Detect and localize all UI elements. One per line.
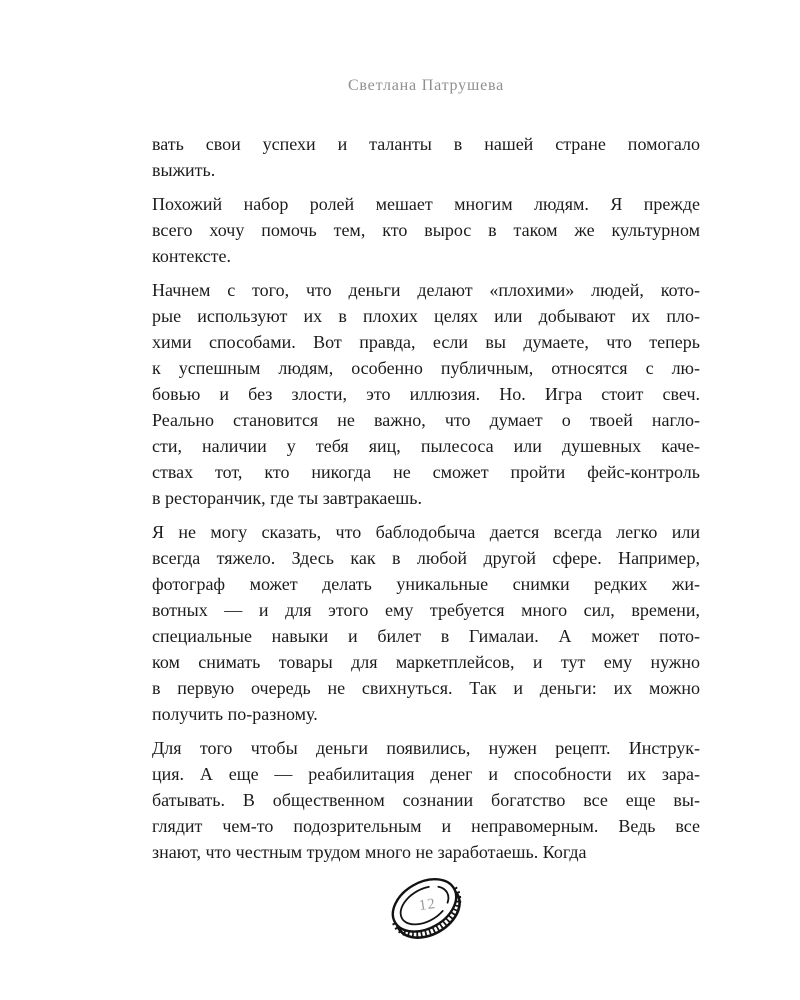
text-line: выжить. xyxy=(152,157,700,183)
text-line: батывать. В общественном сознании богатс… xyxy=(152,787,700,813)
text-line: сти, наличии у тебя яиц, пылесоса или ду… xyxy=(152,433,700,459)
text-line: фотограф может делать уникальные снимки … xyxy=(152,571,700,597)
text-line: контексте. xyxy=(152,243,700,269)
text-line: рые используют их в плохих целях или доб… xyxy=(152,303,700,329)
text-line: Начнем с того, что деньги делают «плохим… xyxy=(152,277,700,303)
text-line: хими способами. Вот правда, если вы дума… xyxy=(152,329,700,355)
text-line: глядит чем-то подозрительным и неправоме… xyxy=(152,813,700,839)
text-line: в первую очередь не свихнуться. Так и де… xyxy=(152,675,700,701)
text-line: всего хочу помочь тем, кто вырос в таком… xyxy=(152,217,700,243)
coin-illustration: 12 xyxy=(381,869,471,947)
text-line: Реально становится не важно, что думает … xyxy=(152,407,700,433)
paragraph: Начнем с того, что деньги делают «плохим… xyxy=(152,277,700,511)
book-page: Светлана Патрушева вать свои успехи и та… xyxy=(0,0,800,1000)
text-line: специальные навыки и билет в Гималаи. А … xyxy=(152,623,700,649)
body-text: вать свои успехи и таланты в нашей стран… xyxy=(152,131,700,865)
text-line: бовью и без злости, это иллюзия. Но. Игр… xyxy=(152,381,700,407)
paragraph: вать свои успехи и таланты в нашей стран… xyxy=(152,131,700,183)
page-number: 12 xyxy=(418,896,437,914)
text-line: вать свои успехи и таланты в нашей стран… xyxy=(152,131,700,157)
text-line: вотных — и для этого ему требуется много… xyxy=(152,597,700,623)
text-line: Похожий набор ролей мешает многим людям.… xyxy=(152,191,700,217)
paragraph: Я не могу сказать, что баблодобыча даетс… xyxy=(152,519,700,727)
paragraph: Для того чтобы деньги появились, нужен р… xyxy=(152,735,700,865)
text-line: ком снимать товары для маркетплейсов, и … xyxy=(152,649,700,675)
text-line: всегда тяжело. Здесь как в любой другой … xyxy=(152,545,700,571)
text-line: Я не могу сказать, что баблодобыча даетс… xyxy=(152,519,700,545)
running-header: Светлана Патрушева xyxy=(152,76,700,96)
text-line: в ресторанчик, где ты завтракаешь. xyxy=(152,485,700,511)
text-line: знают, что честным трудом много не зараб… xyxy=(152,839,700,865)
text-line: получить по-разному. xyxy=(152,701,700,727)
paragraph: Похожий набор ролей мешает многим людям.… xyxy=(152,191,700,269)
text-line: Для того чтобы деньги появились, нужен р… xyxy=(152,735,700,761)
text-line: ция. А еще — реабилитация денег и способ… xyxy=(152,761,700,787)
text-line: ствах тот, кто никогда не сможет пройти … xyxy=(152,459,700,485)
text-line: к успешным людям, особенно публичным, от… xyxy=(152,355,700,381)
